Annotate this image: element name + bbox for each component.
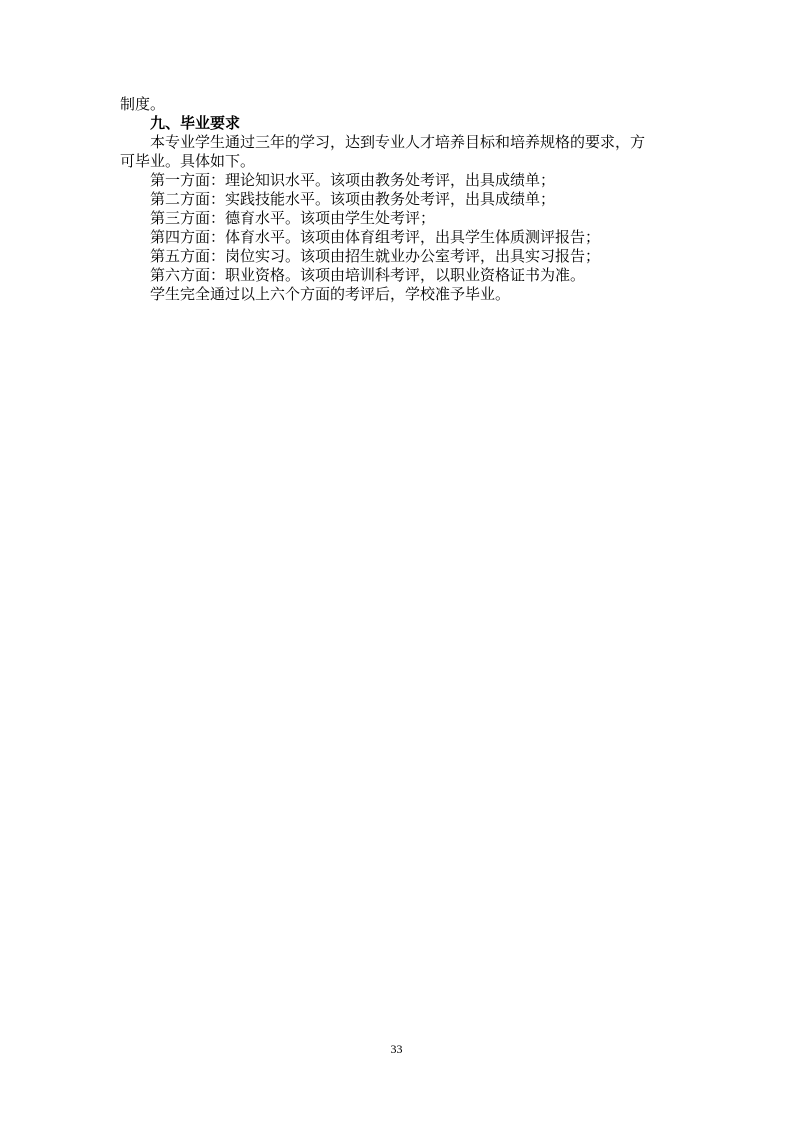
- requirement-item-4: 第四方面：体育水平。该项由体育组考评，出具学生体质测评报告；: [120, 228, 680, 247]
- conclusion-paragraph: 学生完全通过以上六个方面的考评后，学校准予毕业。: [120, 285, 680, 304]
- page-number: 33: [0, 1042, 793, 1057]
- requirement-item-1: 第一方面：理论知识水平。该项由教务处考评，出具成绩单；: [120, 171, 680, 190]
- requirement-item-6: 第六方面：职业资格。该项由培训科考评，以职业资格证书为准。: [120, 266, 680, 285]
- requirement-item-5: 第五方面：岗位实习。该项由招生就业办公室考评，出具实习报告；: [120, 247, 680, 266]
- section-heading: 九、毕业要求: [120, 114, 680, 133]
- requirement-item-3: 第三方面：德育水平。该项由学生处考评；: [120, 209, 680, 228]
- paragraph-continuation: 制度。: [120, 95, 680, 114]
- document-body: 制度。 九、毕业要求 本专业学生通过三年的学习，达到专业人才培养目标和培养规格的…: [120, 95, 680, 304]
- requirement-item-2: 第二方面：实践技能水平。该项由教务处考评，出具成绩单；: [120, 190, 680, 209]
- paragraph-intro-line-2: 可毕业。具体如下。: [120, 152, 680, 171]
- paragraph-intro-line-1: 本专业学生通过三年的学习，达到专业人才培养目标和培养规格的要求，方: [120, 133, 680, 152]
